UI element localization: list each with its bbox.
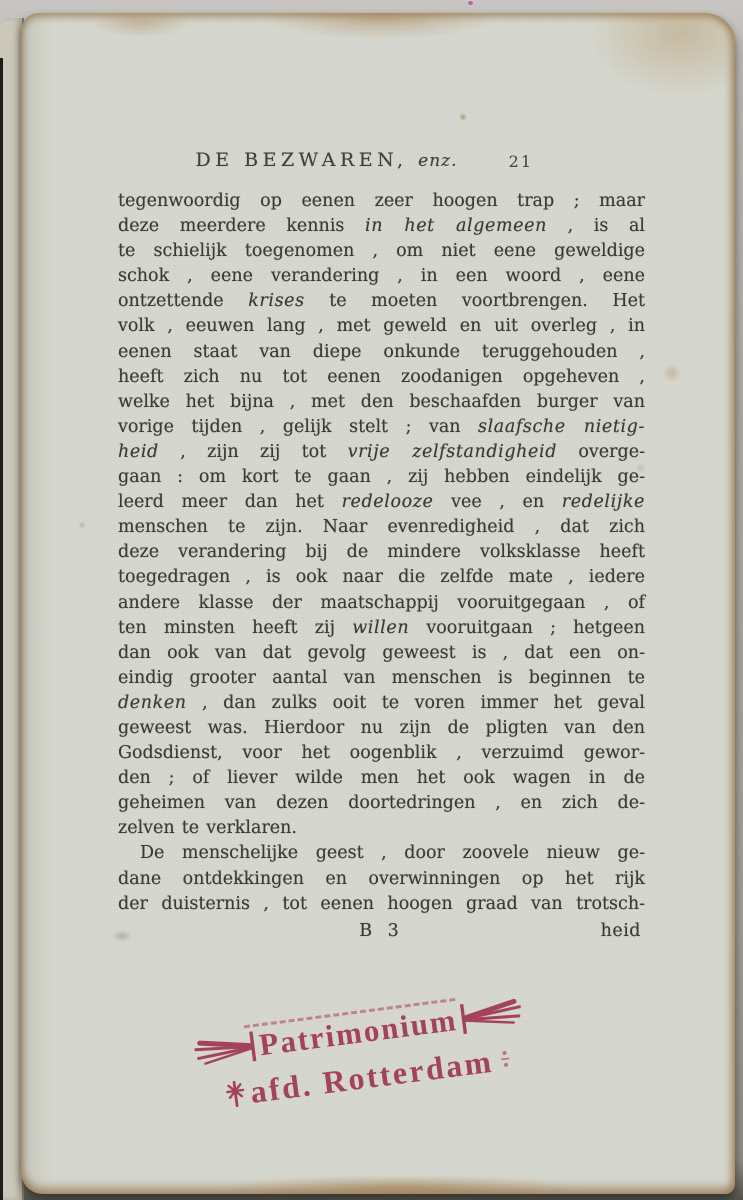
text-line: ontzettende krises te moeten voortbrenge… bbox=[118, 289, 645, 314]
text-line: Godsdienst, voor het oogenblik , verzuim… bbox=[118, 741, 645, 766]
italic-text-segment: willen bbox=[352, 618, 409, 638]
text-line: leerd meer dan het redelooze vee , en re… bbox=[118, 490, 645, 515]
running-title-etc: enz. bbox=[418, 151, 457, 171]
text-segment: eenen staat van diepe onkunde teruggehou… bbox=[118, 342, 645, 362]
text-segment: heeft zich nu tot eenen zoodanigen opgeh… bbox=[118, 367, 645, 387]
text-segment: eindig grooter aantal van menschen is be… bbox=[118, 668, 645, 688]
italic-text-segment: redelijke bbox=[562, 492, 645, 512]
text-line: tegenwoordig op eenen zeer hoogen trap ;… bbox=[118, 189, 645, 214]
text-line: dane ontdekkingen en overwinningen op he… bbox=[118, 867, 645, 892]
italic-text-segment: denken bbox=[118, 693, 187, 713]
text-line: deze verandering bij de mindere volkskla… bbox=[118, 540, 645, 565]
page-number: 21 bbox=[509, 152, 533, 171]
text-segment: menschen te zijn. Naar evenredigheid , d… bbox=[118, 517, 645, 537]
text-segment: leerd meer dan het bbox=[118, 492, 342, 512]
photo-background: DE BEZWAREN, enz. 21 tegenwoordig op een… bbox=[0, 0, 743, 1200]
text-line: vorige tijden , gelijk stelt ; van slaaf… bbox=[118, 415, 645, 440]
body-text: tegenwoordig op eenen zeer hoogen trap ;… bbox=[118, 189, 645, 917]
text-segment: te schielijk toegenomen , om niet eene g… bbox=[118, 241, 645, 261]
text-line: geheimen van dezen doortedringen , en zi… bbox=[118, 791, 645, 816]
text-segment: De menschelijke geest , door zoovele nie… bbox=[140, 843, 645, 863]
text-segment: tegenwoordig op eenen zeer hoogen trap ;… bbox=[118, 191, 645, 211]
text-segment: , dan zulks ooit te voren immer het geva… bbox=[187, 693, 645, 713]
italic-text-segment: redelooze bbox=[342, 492, 434, 512]
text-segment: deze verandering bij de mindere volkskla… bbox=[118, 542, 645, 562]
text-line: volk , eeuwen lang , met geweld en uit o… bbox=[118, 314, 645, 339]
running-title: DE BEZWAREN, enz. bbox=[118, 149, 535, 171]
text-line: zelven te verklaren. bbox=[118, 816, 645, 841]
text-segment: toegedragen , is ook naar die zelfde mat… bbox=[118, 567, 645, 587]
italic-text-segment: heid bbox=[118, 442, 159, 462]
text-line: menschen te zijn. Naar evenredigheid , d… bbox=[118, 515, 645, 540]
text-segment: volk , eeuwen lang , met geweld en uit o… bbox=[118, 316, 645, 336]
stamp-arrow-left-icon bbox=[193, 1031, 258, 1069]
text-segment: den ; of liever wilde men het ook wagen … bbox=[118, 768, 645, 788]
page-header: DE BEZWAREN, enz. 21 bbox=[118, 149, 645, 177]
dust-speck bbox=[468, 1, 473, 5]
text-line: De menschelijke geest , door zoovele nie… bbox=[118, 841, 645, 866]
text-line: schok , eene verandering , in een woord … bbox=[118, 264, 645, 289]
book-page: DE BEZWAREN, enz. 21 tegenwoordig op een… bbox=[21, 13, 735, 1194]
italic-text-segment: vrije zelfstandigheid bbox=[348, 442, 557, 462]
italic-text-segment: krises bbox=[248, 291, 305, 311]
text-segment: vooruitgaan ; hetgeen bbox=[409, 618, 645, 638]
text-line: ten minsten heeft zij willen vooruitgaan… bbox=[118, 616, 645, 641]
running-title-text: DE BEZWAREN, bbox=[195, 149, 407, 171]
signature-line: B 3 heid bbox=[118, 918, 645, 944]
text-line: te schielijk toegenomen , om niet eene g… bbox=[118, 239, 645, 264]
text-line: denken , dan zulks ooit te voren immer h… bbox=[118, 691, 645, 716]
text-segment: zelven te verklaren. bbox=[118, 818, 297, 838]
text-line: eindig grooter aantal van menschen is be… bbox=[118, 666, 645, 691]
text-segment: dan ook van dat gevolg geweest is , dat … bbox=[118, 643, 645, 663]
text-segment: ten minsten heeft zij bbox=[118, 618, 352, 638]
text-line: deze meerdere kennis in het algemeen , i… bbox=[118, 214, 645, 239]
text-line: geweest was. Hierdoor nu zijn de pligten… bbox=[118, 716, 645, 741]
library-stamp: Patrimonium bbox=[193, 989, 580, 1114]
text-line: heeft zich nu tot eenen zoodanigen opgeh… bbox=[118, 365, 645, 390]
text-line: gaan : om kort te gaan , zij hebben eind… bbox=[118, 465, 645, 490]
text-segment: te moeten voortbrengen. Het bbox=[305, 291, 645, 311]
catchword: heid bbox=[601, 918, 641, 944]
text-segment: der duisternis , tot eenen hoogen graad … bbox=[118, 894, 645, 914]
text-segment: schok , eene verandering , in een woord … bbox=[118, 266, 645, 286]
text-segment: vorige tijden , gelijk stelt ; van bbox=[118, 417, 478, 437]
text-line: toegedragen , is ook naar die zelfde mat… bbox=[118, 565, 645, 590]
text-segment: welke het bijna , met den beschaafden bu… bbox=[118, 392, 645, 412]
text-line: andere klasse der maatschappij vooruitge… bbox=[118, 591, 645, 616]
text-segment: andere klasse der maatschappij vooruitge… bbox=[118, 593, 645, 613]
text-segment: , is al bbox=[547, 216, 645, 236]
text-segment: , zijn zij tot bbox=[159, 442, 348, 462]
italic-text-segment: in het algemeen bbox=[365, 216, 547, 236]
stamp-arrow-right-icon bbox=[458, 996, 523, 1034]
text-segment: vee , en bbox=[434, 492, 562, 512]
gathering-signature: B 3 bbox=[359, 921, 404, 941]
text-line: der duisternis , tot eenen hoogen graad … bbox=[118, 892, 645, 917]
text-segment: dane ontdekkingen en overwinningen op he… bbox=[118, 869, 645, 889]
text-line: dan ook van dat gevolg geweest is , dat … bbox=[118, 641, 645, 666]
text-segment: Godsdienst, voor het oogenblik , verzuim… bbox=[118, 743, 645, 763]
stamp-colon-icon bbox=[498, 1048, 512, 1069]
stamp-asterisk-icon bbox=[225, 1080, 246, 1108]
text-line: eenen staat van diepe onkunde teruggehou… bbox=[118, 340, 645, 365]
text-line: welke het bijna , met den beschaafden bu… bbox=[118, 390, 645, 415]
text-segment: geweest was. Hierdoor nu zijn de pligten… bbox=[118, 718, 645, 738]
text-segment: gaan : om kort te gaan , zij hebben eind… bbox=[118, 467, 645, 487]
text-segment: deze meerdere kennis bbox=[118, 216, 365, 236]
text-segment: ontzettende bbox=[118, 291, 248, 311]
text-segment: geheimen van dezen doortedringen , en zi… bbox=[118, 793, 645, 813]
italic-text-segment: slaafsche nietig- bbox=[478, 417, 645, 437]
text-segment: overge- bbox=[557, 442, 645, 462]
text-line: heid , zijn zij tot vrije zelfstandighei… bbox=[118, 440, 645, 465]
text-line: den ; of liever wilde men het ook wagen … bbox=[118, 766, 645, 791]
